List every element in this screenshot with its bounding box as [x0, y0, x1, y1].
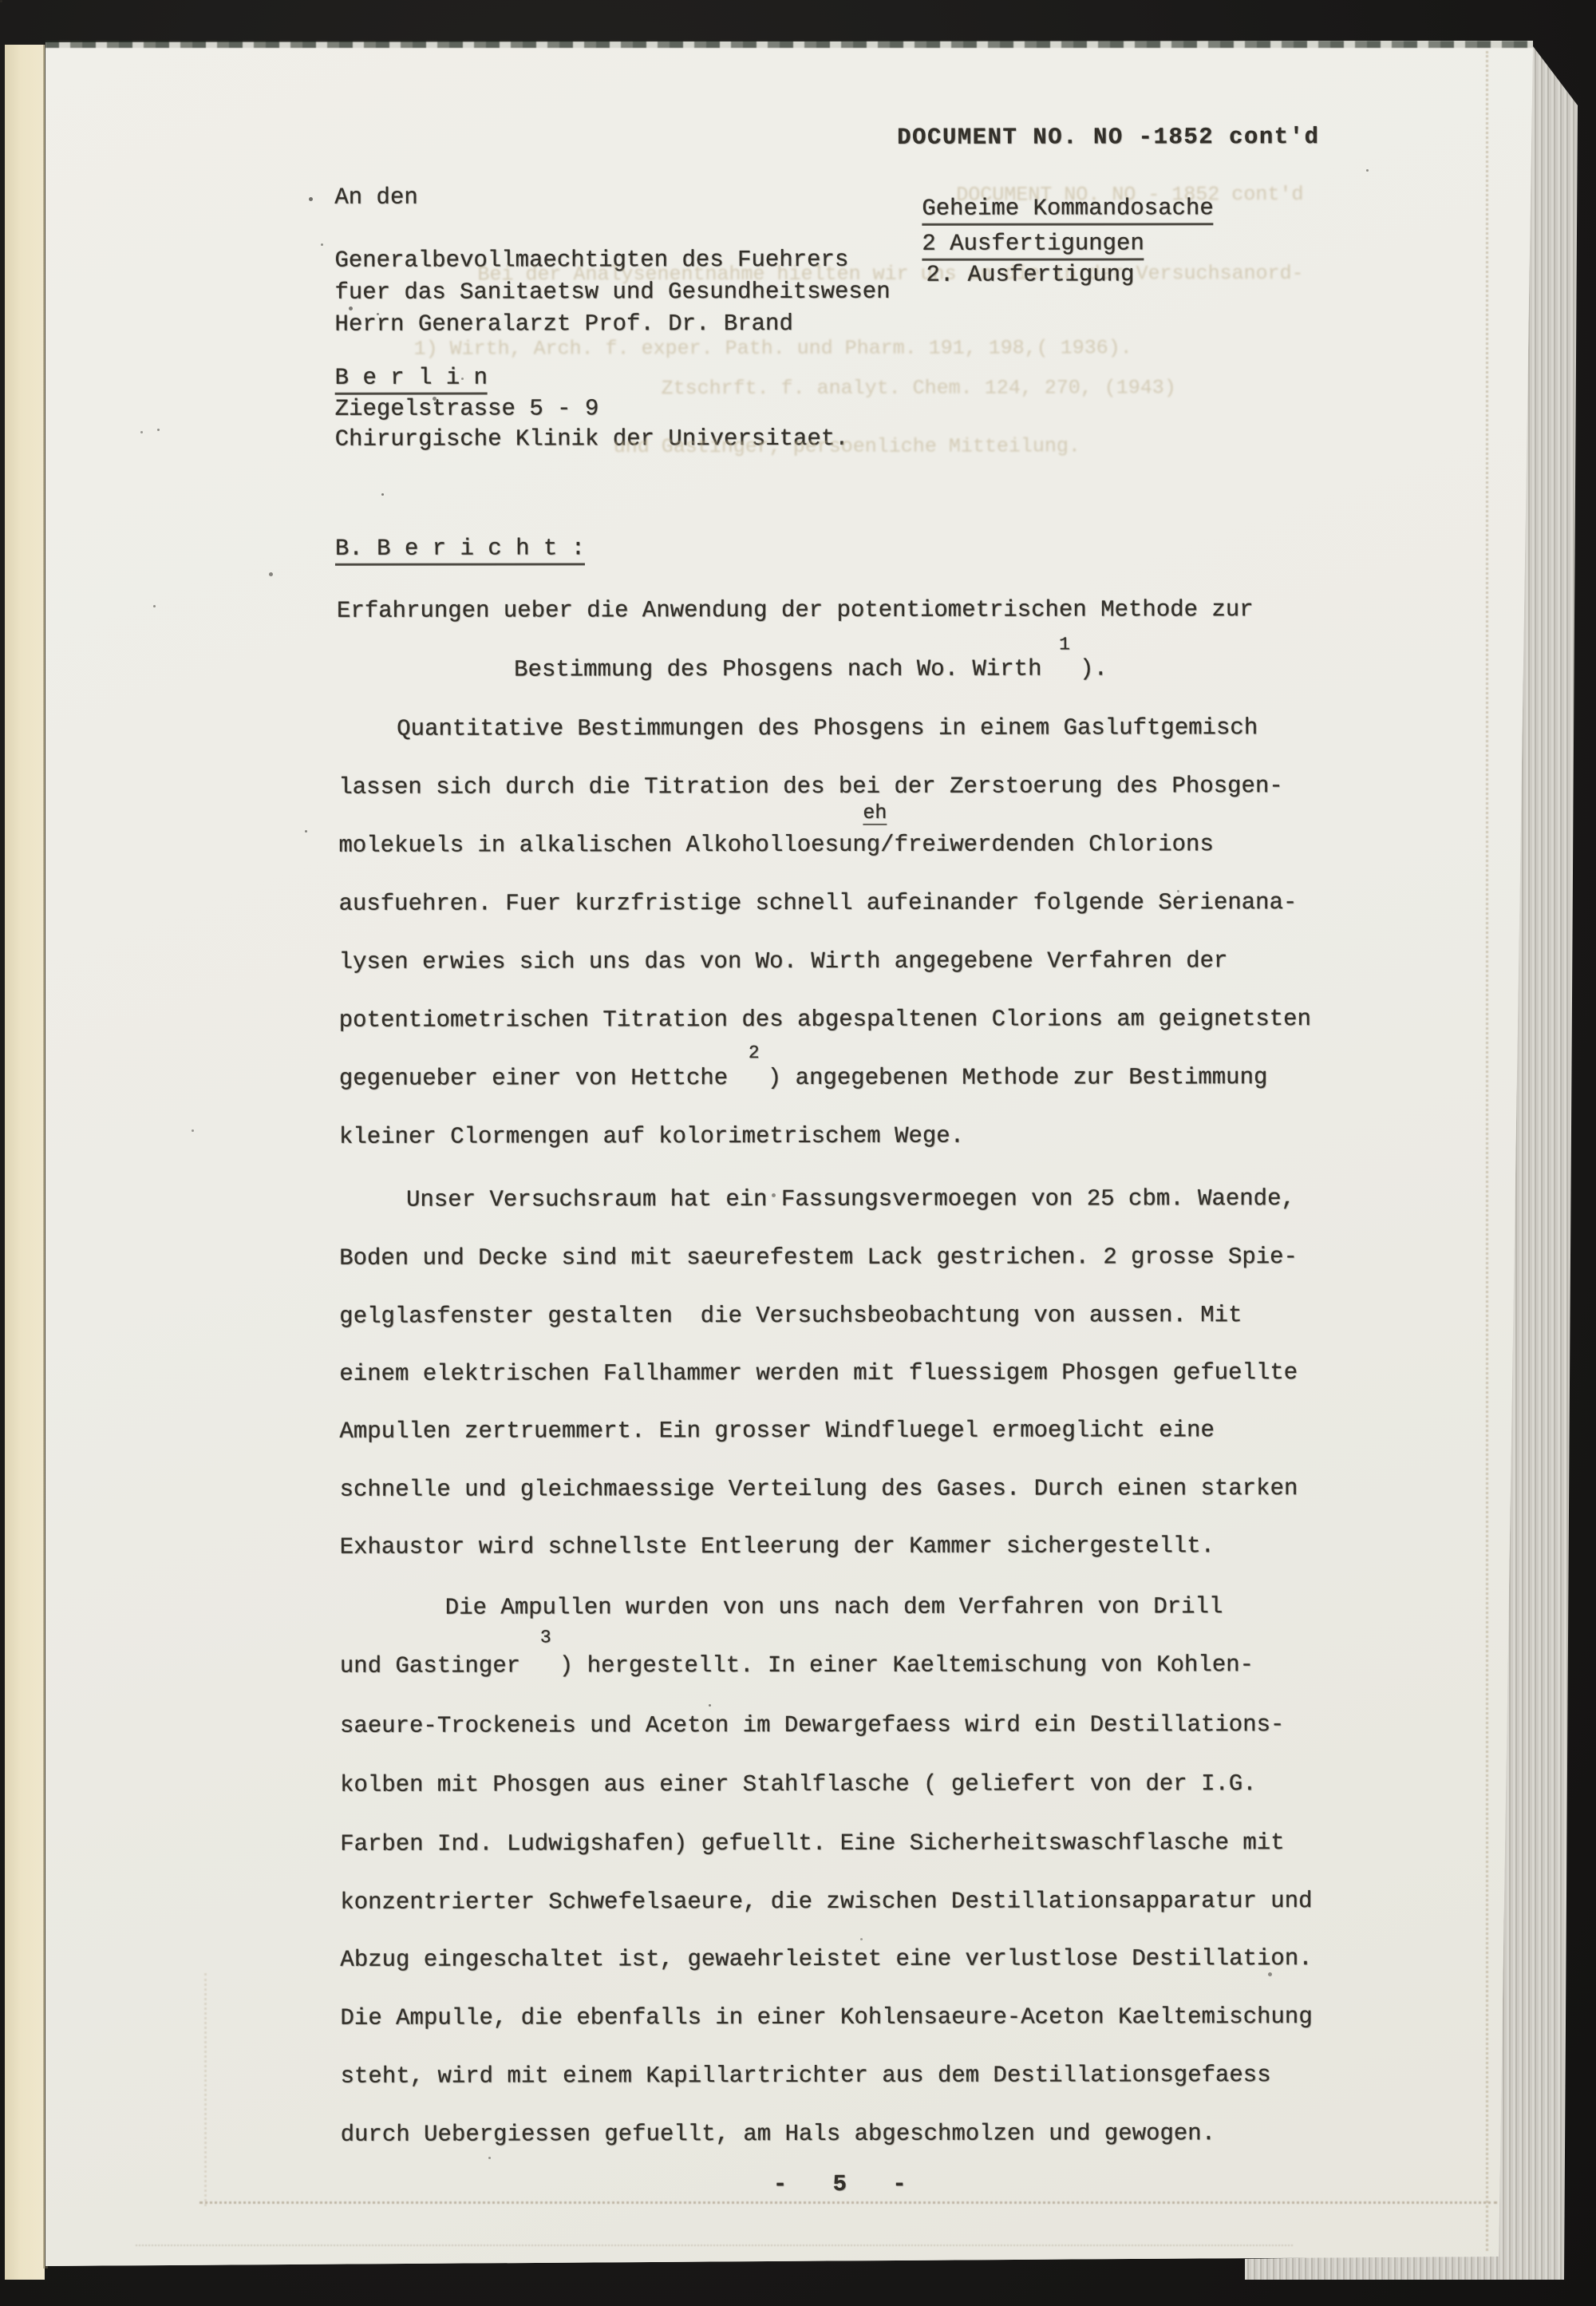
ghost-footnote-3: und Gastinger, persoenliche Mitteilung. — [614, 437, 1080, 457]
para-1-line-8: kleiner Clormengen auf kolorimetrischem … — [339, 1125, 964, 1149]
page-number: - 5 - — [773, 2173, 922, 2196]
para-1-line-4: ausfuehren. Fuer kurzfristige schnell au… — [339, 891, 1298, 916]
recipient-line-1: An den — [334, 186, 417, 209]
para-3-line-7: Abzug eingeschaltet ist, gewaehrleistet … — [340, 1947, 1312, 1972]
insertion-eh: eh — [863, 803, 887, 825]
para-2-line-7: Exhaustor wird schnellste Entleerung der… — [340, 1534, 1215, 1559]
para-2-line-1: Unser Versuchsraum hat ein Fassungsvermo… — [406, 1187, 1295, 1212]
para-1-line-3: molekuels in alkalischen Alkoholloesung/… — [338, 833, 1213, 857]
typed-content: DOCUMENT NO. NO -1852 cont'dDOCUMENT NO.… — [0, 0, 1596, 2306]
classification-line-3: 2. Ausfertigung — [926, 263, 1134, 286]
ghost-footnote-2: Ztschrft. f. analyt. Chem. 124, 270, (19… — [662, 378, 1176, 398]
recipient-line-3: fuer das Sanitaetsw und Gesundheitswesen — [334, 280, 890, 304]
para-1-line-5: lysen erwies sich uns das von Wo. Wirth … — [339, 949, 1228, 974]
report-title-line-1: Erfahrungen ueber die Anwendung der pote… — [337, 598, 1254, 623]
para-1-line-7b: ) angegebenen Methode zur Bestimmung — [768, 1066, 1268, 1090]
report-title-line-2: Bestimmung des Phosgens nach Wo. Wirth — [514, 658, 1041, 682]
para-3-line-3: saeure-Trockeneis und Aceton im Dewargef… — [340, 1713, 1284, 1738]
para-3-line-6: konzentrierter Schwefelsaeure, die zwisc… — [340, 1889, 1312, 1914]
para-3-line-8: Die Ampulle, die ebenfalls in einer Kohl… — [340, 2005, 1312, 2030]
classification-line-2: 2 Ausfertigungen — [922, 231, 1144, 260]
para-3-line-10: durch Uebergiessen gefuellt, am Hals abg… — [341, 2122, 1215, 2146]
para-3-line-1: Die Ampullen wurden von uns nach dem Ver… — [445, 1595, 1223, 1619]
report-title-line-2-end: ). — [1080, 657, 1108, 680]
photo-of-document: DOCUMENT NO. NO -1852 cont'dDOCUMENT NO.… — [0, 0, 1596, 2306]
classification-line-1: Geheime Kommandosache — [922, 196, 1214, 226]
para-1-line-6: potentiometrischen Titration des abgespa… — [339, 1007, 1311, 1032]
para-2-line-2: Boden und Decke sind mit saeurefestem La… — [339, 1245, 1298, 1270]
section-heading: B. B e r i c h t : — [335, 536, 585, 565]
para-2-line-5: Ampullen zertruemmert. Ein grosser Windf… — [339, 1418, 1214, 1443]
footnote-ref-3: 3 — [540, 1628, 551, 1647]
para-1-line-2: lassen sich durch die Titration des bei … — [338, 774, 1282, 799]
para-3-line-5: Farben Ind. Ludwigshafen) gefuellt. Eine… — [340, 1831, 1284, 1856]
footnote-ref-1: 1 — [1059, 636, 1070, 655]
para-3-line-2a: und Gastinger — [340, 1654, 520, 1677]
address-line-2: Ziegelstrasse 5 - 9 — [335, 397, 599, 420]
recipient-line-4: Herrn Generalarzt Prof. Dr. Brand — [335, 312, 793, 336]
footnote-ref-2: 2 — [749, 1044, 760, 1062]
para-2-line-3: gelglasfenster gestalten die Versuchsbeo… — [339, 1303, 1242, 1328]
doc-number: DOCUMENT NO. NO -1852 cont'd — [897, 125, 1319, 149]
para-2-line-4: einem elektrischen Fallhammer werden mit… — [339, 1361, 1298, 1386]
para-3-line-2b: ) hergestellt. In einer Kaeltemischung v… — [559, 1653, 1254, 1677]
para-3-line-9: steht, wird mit einem Kapillartrichter a… — [341, 2063, 1271, 2088]
para-3-line-4: kolben mit Phosgen aus einer Stahlflasch… — [340, 1772, 1257, 1797]
para-1-line-1: Quantitative Bestimmungen des Phosgens i… — [397, 716, 1258, 741]
para-2-line-6: schnelle und gleichmaessige Verteilung d… — [340, 1477, 1298, 1501]
address-line-1: B e r l i n — [335, 366, 488, 395]
para-1-line-7a: gegenueber einer von Hettche — [339, 1066, 728, 1090]
ghost-footnote-1: 1) Wirth, Arch. f. exper. Path. und Phar… — [414, 338, 1132, 358]
